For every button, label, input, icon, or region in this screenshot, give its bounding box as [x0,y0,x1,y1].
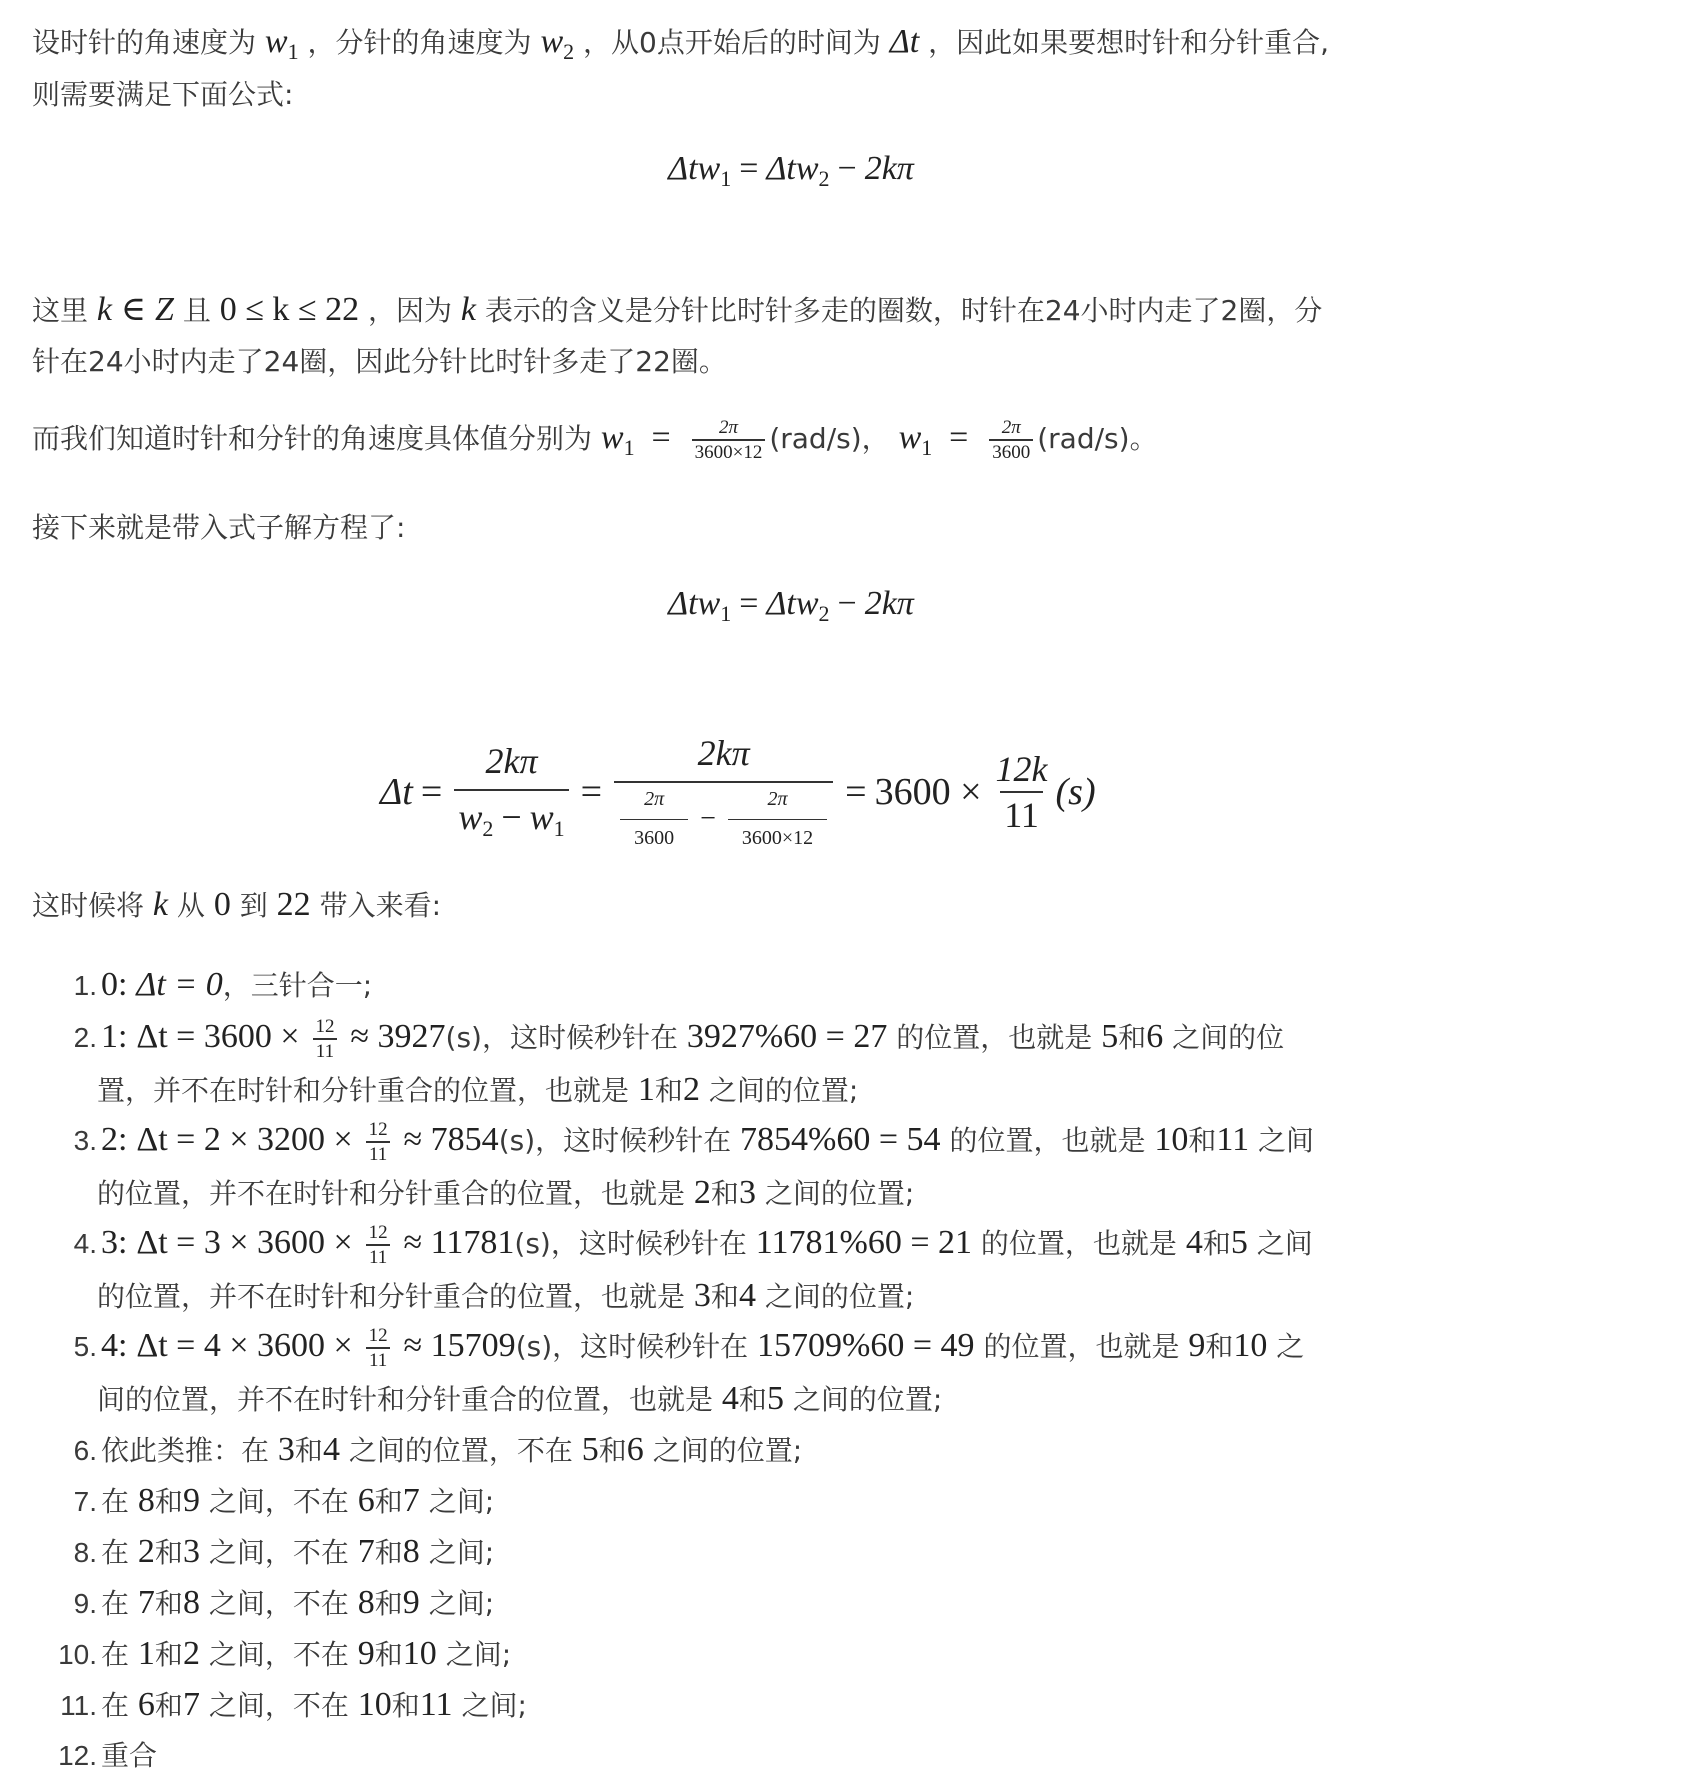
list-item: 8.在 2和3 之间，不在 7和8 之间; [60,1532,494,1573]
list-item: 10.在 1和2 之间，不在 9和10 之间; [44,1634,511,1675]
list-item: 7.在 8和9 之间，不在 6和7 之间; [60,1481,494,1522]
list-item: 9.在 7和8 之间，不在 8和9 之间; [60,1583,494,1624]
list-item-continuation: 的位置，并不在时针和分针重合的位置，也就是 3和4 之间的位置; [97,1276,914,1317]
list-item-continuation: 间的位置，并不在时针和分针重合的位置，也就是 4和5 之间的位置; [97,1379,942,1420]
math-w2: w2 [540,23,574,60]
text: 设时针的角速度为 [32,26,256,59]
text: ，分针的角速度为 [308,26,532,59]
math-w1: w1 [265,23,299,60]
solve-intro-paragraph: 接下来就是带入式子解方程了: [32,508,405,548]
formula-block-3: Δt = 2kπ w2−w1 = 2kπ 2π3600 − 2π3600×12 … [380,735,1096,848]
fraction: 12k 11 [992,751,1052,833]
list-item: 11.在 6和7 之间，不在 10和11 之间; [44,1685,527,1726]
fraction: 2kπ w2−w1 [454,743,568,840]
list-item-continuation: 置，并不在时针和分针重合的位置，也就是 1和2 之间的位置; [97,1070,858,1111]
formula-block-1: Δtw1=Δtw2−2kπ [0,150,1582,192]
intro-paragraph-line-1: 设时针的角速度为 w1 ，分针的角速度为 w2 ，从0点开始后的时间为 Δt ，… [32,22,1329,72]
list-item-continuation: 的位置，并不在时针和分针重合的位置，也就是 2和3 之间的位置; [97,1173,914,1214]
list-item: 5.4: Δt = 4 × 3600 × 1211 ≈ 15709(s)，这时候… [60,1326,1304,1370]
list-item: 4.3: Δt = 3 × 3600 × 1211 ≈ 11781(s)，这时候… [60,1223,1313,1267]
k-range-paragraph-line-1: 这里 k ∈ Z 且 0 ≤ k ≤ 22 ，因为 k 表示的含义是分针比时针多… [32,290,1322,331]
fraction: 2π3600 [989,418,1033,462]
text: ，因此如果要想时针和分针重合, [928,26,1329,59]
angular-velocity-paragraph: 而我们知道时针和分针的角速度具体值分别为 w1 = 2π3600×12(rad/… [32,418,1158,468]
list-item: 1.0: Δt = 0，三针合一; [60,965,372,1006]
formula-block-2: Δtw1=Δtw2−2kπ [0,585,1582,627]
k-range-paragraph-line-2: 针在24小时内走了24圈，因此分针比时针多走了22圈。 [32,342,727,382]
list-item: 6.依此类推：在 3和4 之间的位置，不在 5和6 之间的位置; [60,1430,802,1471]
math-delta-t: Δt [890,23,919,60]
intro-paragraph-line-2: 则需要满足下面公式: [32,75,293,115]
fraction: 2π3600×12 [692,418,766,462]
text: ，从0点开始后的时间为 [583,26,881,59]
fraction: 2kπ 2π3600 − 2π3600×12 [614,735,833,848]
list-item: 12.重合 [44,1736,157,1776]
list-item: 3.2: Δt = 2 × 3200 × 1211 ≈ 7854(s)，这时候秒… [60,1120,1314,1164]
list-item: 2.1: Δt = 3600 × 1211 ≈ 3927(s)，这时候秒针在 3… [60,1017,1284,1061]
substitute-paragraph: 这时候将 k 从 0 到 22 带入来看: [32,885,441,926]
